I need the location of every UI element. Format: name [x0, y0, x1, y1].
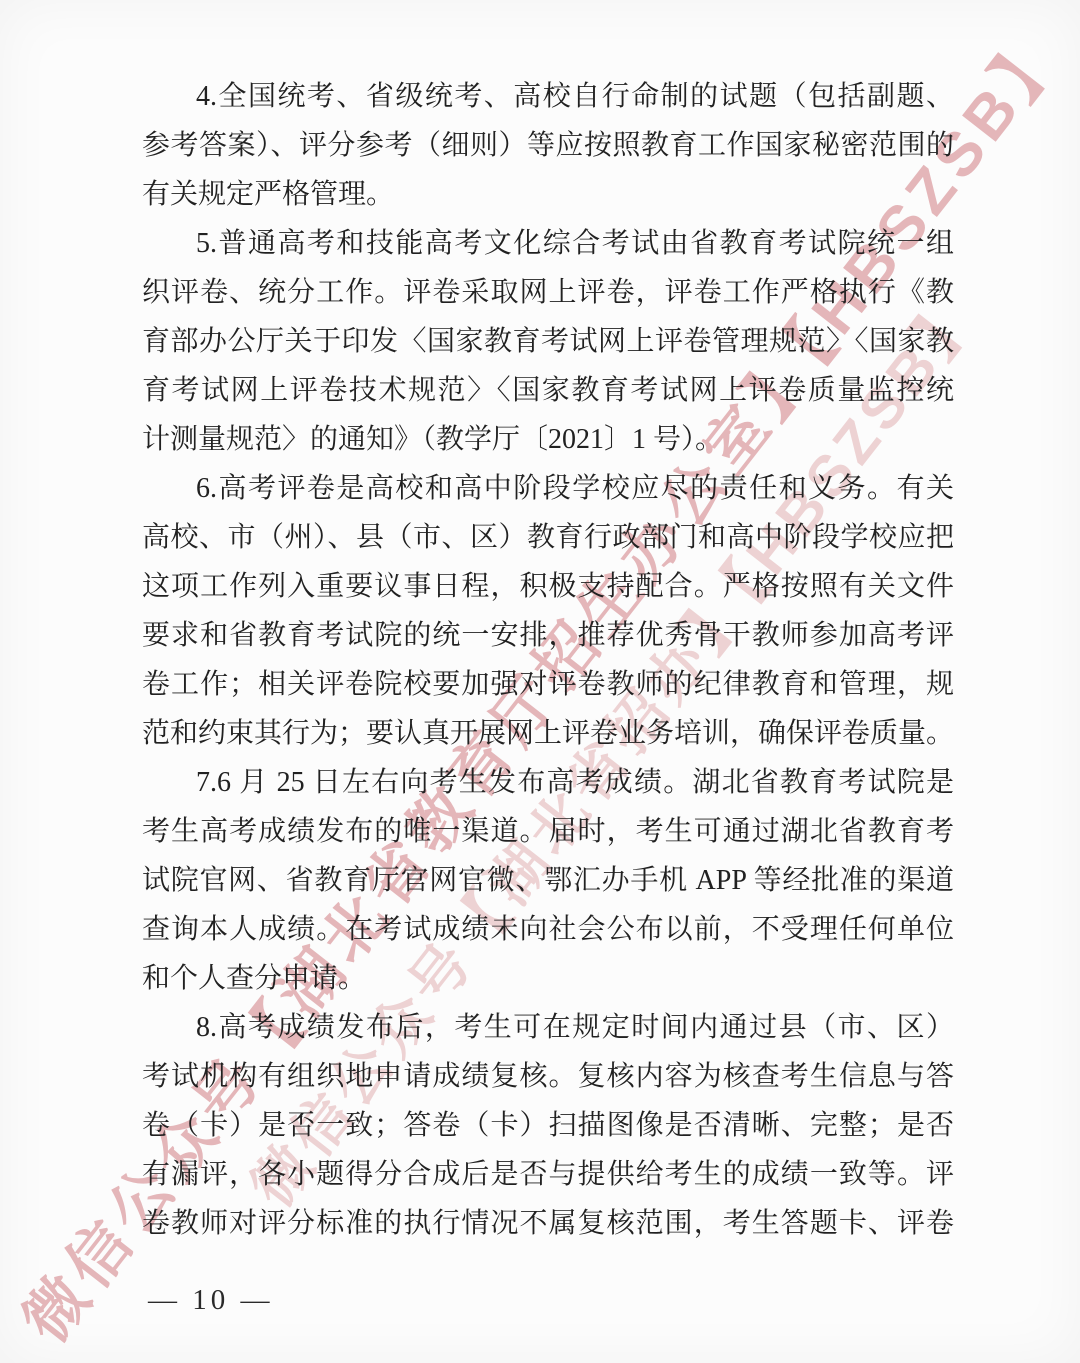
text-line-p5-2: 织评卷、统分工作。评卷采取网上评卷，评卷工作严格执行《教: [142, 268, 954, 317]
text-line-p6-2: 高校、市（州）、县（市、区）教育行政部门和高中阶段学校应把: [142, 513, 954, 562]
text-line-p6-4: 要求和省教育考试院的统一安排，推荐优秀骨干教师参加高考评: [142, 611, 954, 660]
text-line-p5-1: 5.普通高考和技能高考文化综合考试由省教育考试院统一组: [142, 219, 954, 268]
text-line-p8-1: 8.高考成绩发布后，考生可在规定时间内通过县（市、区）: [142, 1003, 954, 1052]
text-line-p5-3: 育部办公厅关于印发〈国家教育考试网上评卷管理规范〉〈国家教: [142, 317, 954, 366]
text-line-p8-2: 考试机构有组织地申请成绩复核。复核内容为核查考生信息与答: [142, 1052, 954, 1101]
text-line-p8-4: 有漏评，各小题得分合成后是否与提供给考生的成绩一致等。评: [142, 1150, 954, 1199]
document-page: 微信公众号【湖北省教育厅招生办公室】【HBSZSB】 微信公众号【湖北省招办】【…: [0, 0, 1080, 1363]
text-line-p7-4: 查询本人成绩。在考试成绩未向社会公布以前，不受理任何单位: [142, 905, 954, 954]
text-line-p6-6: 范和约束其行为；要认真开展网上评卷业务培训，确保评卷质量。: [142, 709, 954, 758]
text-line-p7-1: 7.6 月 25 日左右向考生发布高考成绩。湖北省教育考试院是: [142, 758, 954, 807]
text-line-p4-1: 4.全国统考、省级统考、高校自行命制的试题（包括副题、: [142, 72, 954, 121]
document-body: 4.全国统考、省级统考、高校自行命制的试题（包括副题、参考答案）、评分参考（细则…: [142, 72, 954, 1248]
text-line-p8-3: 卷（卡）是否一致；答卷（卡）扫描图像是否清晰、完整；是否: [142, 1101, 954, 1150]
text-line-p6-3: 这项工作列入重要议事日程，积极支持配合。严格按照有关文件: [142, 562, 954, 611]
text-line-p6-5: 卷工作；相关评卷院校要加强对评卷教师的纪律教育和管理，规: [142, 660, 954, 709]
text-line-p7-5: 和个人查分申请。: [142, 954, 954, 1003]
text-line-p5-5: 计测量规范〉的通知》（教学厅〔2021〕1 号）。: [142, 415, 954, 464]
text-line-p8-5: 卷教师对评分标准的执行情况不属复核范围，考生答题卡、评卷: [142, 1199, 954, 1248]
text-line-p6-1: 6.高考评卷是高校和高中阶段学校应尽的责任和义务。有关: [142, 464, 954, 513]
text-line-p4-3: 有关规定严格管理。: [142, 170, 954, 219]
text-line-p5-4: 育考试网上评卷技术规范〉〈国家教育考试网上评卷质量监控统: [142, 366, 954, 415]
text-line-p4-2: 参考答案）、评分参考（细则）等应按照教育工作国家秘密范围的: [142, 121, 954, 170]
page-number: — 10 —: [148, 1284, 274, 1317]
text-line-p7-2: 考生高考成绩发布的唯一渠道。届时，考生可通过湖北省教育考: [142, 807, 954, 856]
text-line-p7-3: 试院官网、省教育厅官网官微、鄂汇办手机 APP 等经批准的渠道: [142, 856, 954, 905]
